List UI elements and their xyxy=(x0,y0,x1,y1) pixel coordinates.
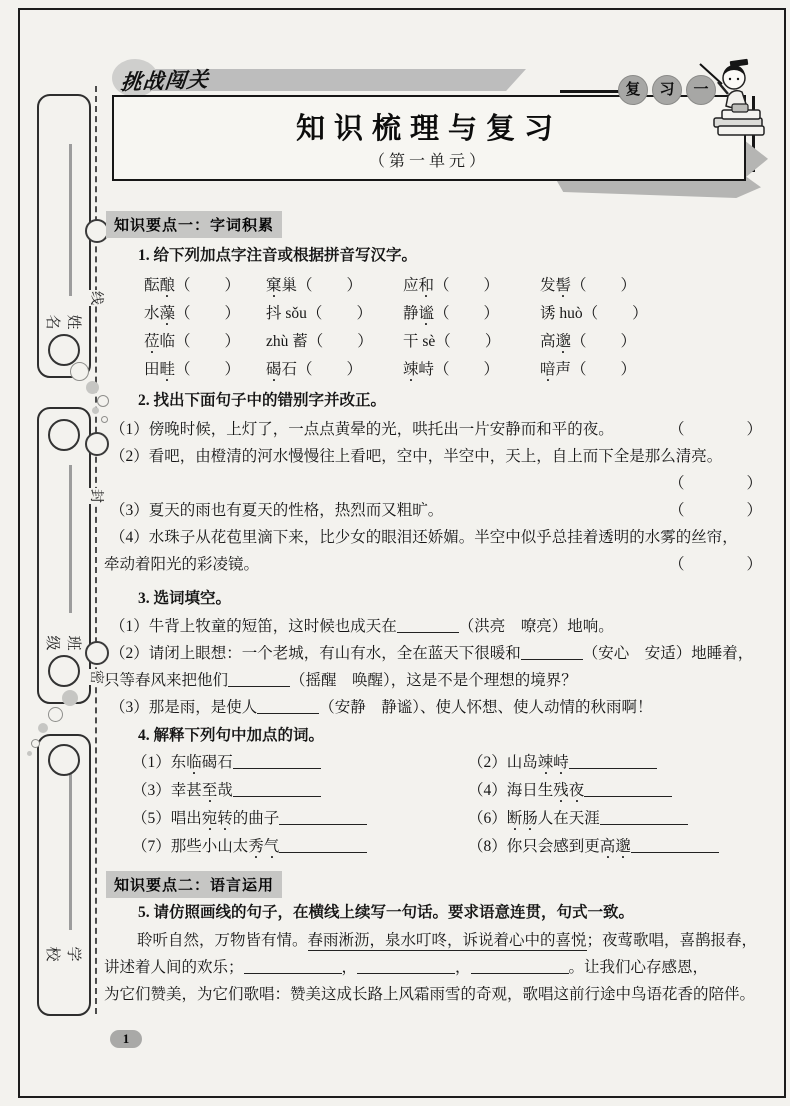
grid-row: 酝酿（）窠巢（）应和（）发髻（） xyxy=(144,272,790,300)
grid-row: （7）那些小山太秀气（8）你只会感到更高邈 xyxy=(132,833,790,861)
dotted-char: 至 xyxy=(202,777,218,805)
q4-stem: 4. 解释下列句中加点的词。 xyxy=(104,723,790,745)
bubble-decoration xyxy=(70,362,89,381)
dotted-char: 峙 xyxy=(553,749,569,777)
bubble-decoration xyxy=(27,751,32,756)
dotted-char: 酿 xyxy=(160,272,176,300)
answer-parens[interactable]: （） xyxy=(434,361,499,378)
answer-parens[interactable]: （） xyxy=(297,361,362,378)
answer-blank[interactable] xyxy=(279,809,367,825)
bubble-decoration xyxy=(92,407,99,414)
exercise-item: 窠巢（） xyxy=(266,272,403,300)
dotted-char: 碣 xyxy=(266,356,282,384)
exercise-text: （2）请闭上眼想：一个老城，有山有水，全在蓝天下很暖和 xyxy=(110,645,521,662)
answer-blank[interactable] xyxy=(279,837,367,853)
exercise-item: 高邈（） xyxy=(540,328,760,356)
exercise-line: 牵动着阳光的彩凌镜。（） xyxy=(104,551,764,578)
margin-fill-box-学校: 学校 xyxy=(37,734,91,1016)
exercise-item: 碣石（） xyxy=(266,356,403,384)
answer-blank[interactable] xyxy=(357,958,455,974)
dotted-char: 高 xyxy=(600,833,616,861)
answer-parens[interactable]: （） xyxy=(669,475,762,492)
page-subtitle: （第一单元） xyxy=(114,148,744,171)
exercise-item: （3）幸甚至哉 xyxy=(132,777,468,805)
exercise-item: 竦峙（） xyxy=(403,356,540,384)
exercise-item: （2）山岛竦峙 xyxy=(468,749,768,777)
answer-parens[interactable]: （） xyxy=(175,361,240,378)
exercise-text: 牵动着阳光的彩凌镜。 xyxy=(104,556,259,573)
bubble-decoration xyxy=(38,723,48,733)
badge-circle: 复 xyxy=(618,75,648,105)
dotted-char: 肠 xyxy=(522,805,538,833)
exercise-item: 应和（） xyxy=(403,272,540,300)
answer-blank[interactable] xyxy=(521,644,583,660)
answer-blank[interactable] xyxy=(569,753,657,769)
exercise-text: （1）傍晚时候，上灯了，一点点黄晕的光，哄托出一片安静而和平的夜。 xyxy=(110,421,614,438)
exercise-line: 聆听自然，万物皆有情。春雨淅沥，泉水叮咚，诉说着心中的喜悦；夜莺歌唱，喜鹊报春， xyxy=(104,927,764,954)
exercise-text: 石 xyxy=(282,361,298,378)
grid-row: （1）东临碣石（2）山岛竦峙 xyxy=(132,749,790,777)
exercise-text: 哉 xyxy=(217,782,233,799)
margin-label: 学校 xyxy=(43,940,85,970)
exercise-text: 讲述着人间的欢乐； xyxy=(104,959,244,976)
exercise-item: 诱 huò（） xyxy=(540,300,760,328)
exercise-item: （4）海日生残夜 xyxy=(468,777,768,805)
exercise-line: （3）那是雨，是使人（安静 静谧）、使人怀想、使人动情的秋雨啊！ xyxy=(104,694,764,721)
answer-parens[interactable]: （） xyxy=(175,333,240,350)
q1-stem: 1. 给下列加点字注音或根据拼音写汉字。 xyxy=(104,243,790,265)
exercise-text: （3）那是雨，是使人 xyxy=(110,699,257,716)
exercise-item: zhù 蓄（） xyxy=(266,328,403,356)
exercise-item: 喑声（） xyxy=(540,356,760,384)
exercise-text: 聆听自然，万物皆有情。 xyxy=(137,932,308,949)
answer-parens[interactable]: （） xyxy=(175,277,240,294)
exercise-text: 人在天涯 xyxy=(538,810,600,827)
exercise-text: （4）水珠子从花苞里滴下来，比少女的眼泪还娇媚。半空中似乎总挂着透明的水雾的丝帘… xyxy=(110,529,738,546)
q3-stem: 3. 选词填空。 xyxy=(104,586,790,608)
q5-lines: 聆听自然，万物皆有情。春雨淅沥，泉水叮咚，诉说着心中的喜悦；夜莺歌唱，喜鹊报春，… xyxy=(104,927,764,1008)
exercise-line: （1）牛背上牧童的短笛，这时候也成天在（洪亮 嘹亮）地响。 xyxy=(104,613,764,640)
answer-blank[interactable] xyxy=(233,781,321,797)
exercise-item: 抖 sǒu（） xyxy=(266,300,403,328)
bubble-decoration xyxy=(31,739,40,748)
exercise-text: （1）东 xyxy=(132,754,186,771)
page-border-top xyxy=(18,8,786,10)
dotted-char: 转 xyxy=(217,805,233,833)
answer-parens[interactable]: （） xyxy=(571,361,636,378)
exercise-item: 田畦（） xyxy=(144,356,266,384)
answer-parens[interactable]: （） xyxy=(669,556,762,573)
answer-parens[interactable]: （） xyxy=(297,277,362,294)
exercise-item: 莅临（） xyxy=(144,328,266,356)
answer-parens[interactable]: （） xyxy=(435,333,500,350)
exercise-text: （洪亮 嘹亮）地响。 xyxy=(459,618,614,635)
exercise-line: 只等春风来把他们（摇醒 唤醒），这是不是个理想的境界？ xyxy=(104,667,764,694)
dotted-char: 髻 xyxy=(556,272,572,300)
exercise-text: 的曲子 xyxy=(233,810,280,827)
exercise-text: （7）那些小山太 xyxy=(132,838,248,855)
dotted-char: 竦 xyxy=(538,749,554,777)
answer-parens[interactable]: （） xyxy=(307,305,372,322)
exercise-item: 酝酿（） xyxy=(144,272,266,300)
hole-punch-circle xyxy=(48,655,80,687)
answer-blank[interactable] xyxy=(631,837,719,853)
exercise-text: （3）夏天的雨也有夏天的性格，热烈而又粗旷。 xyxy=(110,502,443,519)
answer-parens[interactable]: （） xyxy=(434,277,499,294)
hole-punch-circle xyxy=(48,334,80,366)
exercise-text: 只等春风来把他们 xyxy=(104,672,228,689)
grid-row: （3）幸甚至哉（4）海日生残夜 xyxy=(132,777,790,805)
exercise-text: 水 xyxy=(144,305,160,322)
exercise-item: （5）唱出宛转的曲子 xyxy=(132,805,468,833)
answer-blank[interactable] xyxy=(257,698,319,714)
bubble-decoration xyxy=(62,690,78,706)
exercise-item: 静谧（） xyxy=(403,300,540,328)
exercise-text: 酝 xyxy=(144,277,160,294)
section-heading-1: 知识要点一：字词积累 xyxy=(106,211,282,238)
worksheet-page: 姓名班级学校 线封密 挑战闯关 知识梳理与复习 （第一单元） 复习一 知识要点一… xyxy=(0,0,790,1106)
exercise-text: 声 xyxy=(556,361,572,378)
dotted-char: 畦 xyxy=(160,356,176,384)
exercise-text: 应 xyxy=(403,277,419,294)
exercise-text: （3）幸甚 xyxy=(132,782,202,799)
exercise-text: （6） xyxy=(468,810,507,827)
section-heading-2: 知识要点二：语言运用 xyxy=(106,871,282,898)
answer-blank[interactable] xyxy=(584,781,672,797)
q4-definition-grid: （1）东临碣石（2）山岛竦峙（3）幸甚至哉（4）海日生残夜（5）唱出宛转的曲子（… xyxy=(104,749,790,861)
page-border-right xyxy=(784,8,786,1098)
exercise-text: 静 xyxy=(403,305,419,322)
dotted-char: 夜 xyxy=(569,777,585,805)
dotted-char: 断 xyxy=(507,805,523,833)
exercise-text: 为它们赞美，为它们歌唱：赞美这成长路上风霜雨雪的奇观，歌唱这前行途中鸟语花香的陪… xyxy=(104,986,755,1003)
exercise-line: 讲述着人间的欢乐；，，。让我们心存感恩， xyxy=(104,954,764,981)
brand-logo: 挑战闯关 xyxy=(119,63,211,96)
exercise-text: （2）山岛 xyxy=(468,754,538,771)
right-aligned-answer: （） xyxy=(669,470,762,497)
answer-parens[interactable]: （） xyxy=(308,333,373,350)
answer-blank[interactable] xyxy=(471,958,569,974)
bubble-decoration xyxy=(48,707,63,722)
margin-fill-box-班级: 班级 xyxy=(37,407,91,704)
dotted-char: 残 xyxy=(553,777,569,805)
answer-parens[interactable]: （） xyxy=(669,421,762,438)
answer-blank[interactable] xyxy=(600,809,688,825)
dotted-char: 邈 xyxy=(615,833,631,861)
answer-parens[interactable]: （） xyxy=(583,305,648,322)
grid-row: 莅临（）zhù 蓄（）干 sè（）高邈（） xyxy=(144,328,790,356)
q3-lines: （1）牛背上牧童的短笛，这时候也成天在（洪亮 嘹亮）地响。（2）请闭上眼想：一个… xyxy=(104,613,764,721)
exercise-line: （2）看吧，由橙清的河水慢慢往上看吧，空中，半空中，天上，自上而下全是那么清亮。 xyxy=(104,443,764,470)
dotted-char: 秀 xyxy=(248,833,264,861)
page-border-bottom xyxy=(18,1096,786,1098)
answer-blank[interactable] xyxy=(228,671,290,687)
exercise-text: （1）牛背上牧童的短笛，这时候也成天在 xyxy=(110,618,397,635)
grid-row: 水藻（）抖 sǒu（）静谧（）诱 huò（） xyxy=(144,300,790,328)
dotted-char: 喑 xyxy=(540,356,556,384)
dotted-char: 宛 xyxy=(202,805,218,833)
exercise-item: （6）断肠人在天涯 xyxy=(468,805,768,833)
page-border-left xyxy=(18,8,20,1098)
model-sentence-underlined: 春雨淅沥，泉水叮咚，诉说着心中的喜悦 xyxy=(308,932,587,951)
exercise-text: 发 xyxy=(540,277,556,294)
exercise-text: （摇醒 唤醒），这是不是个理想的境界？ xyxy=(290,672,577,689)
exercise-text: （安静 静谧）、使人怀想、使人动情的秋雨啊！ xyxy=(319,699,652,716)
hole-punch-circle xyxy=(48,419,80,451)
circle-shadow xyxy=(44,740,61,757)
dotted-char: 邈 xyxy=(556,328,572,356)
exercise-text: 峙 xyxy=(419,361,435,378)
exercise-text: （4）海日生 xyxy=(468,782,553,799)
fill-in-writing-line[interactable] xyxy=(69,465,72,613)
q5-stem: 5. 请仿照画线的句子，在横线上续写一句话。要求语意连贯，句式一致。 xyxy=(104,900,790,922)
page-number: 1 xyxy=(110,1030,142,1048)
dotted-char: 藻 xyxy=(160,300,176,328)
exercise-line: （1）傍晚时候，上灯了，一点点黄晕的光，哄托出一片安静而和平的夜。（） xyxy=(104,416,764,443)
title-box: 知识梳理与复习 （第一单元） xyxy=(112,95,746,181)
margin-fill-box-姓名: 姓名 xyxy=(37,94,91,378)
exercise-text: 高 xyxy=(540,333,556,350)
exercise-text: 抖 sǒu xyxy=(266,305,307,322)
exercise-line: （4）水珠子从花苞里滴下来，比少女的眼泪还娇媚。半空中似乎总挂着透明的水雾的丝帘… xyxy=(104,524,764,551)
badge-circle: 习 xyxy=(652,75,682,105)
exercise-text: 诱 huò xyxy=(540,305,583,322)
q2-stem: 2. 找出下面句子中的错别字并改正。 xyxy=(104,388,790,410)
page-title: 知识梳理与复习 xyxy=(114,106,744,147)
exercise-text: （安心 安适）地睡着， xyxy=(583,645,754,662)
exercise-item: （7）那些小山太秀气 xyxy=(132,833,468,861)
q1-pinyin-grid: 酝酿（）窠巢（）应和（）发髻（）水藻（）抖 sǒu（）静谧（）诱 huò（）莅临… xyxy=(104,272,790,384)
exercise-item: （1）东临碣石 xyxy=(132,749,468,777)
fill-in-writing-line[interactable] xyxy=(69,774,72,930)
exercise-text: ， xyxy=(342,959,358,976)
student-mascot-icon xyxy=(692,52,768,138)
exercise-text: （2）看吧，由橙清的河水慢慢往上看吧，空中，半空中，天上，自上而下全是那么清亮。 xyxy=(110,448,722,465)
connector-line-h xyxy=(560,90,622,93)
answer-blank[interactable] xyxy=(397,617,459,633)
dotted-char: 莅 xyxy=(144,328,160,356)
circle-shadow xyxy=(44,415,61,432)
dotted-char: 竦 xyxy=(403,356,419,384)
exercise-text: 碣石 xyxy=(202,754,233,771)
exercise-line: （3）夏天的雨也有夏天的性格，热烈而又粗旷。（） xyxy=(104,497,764,524)
exercise-item: 发髻（） xyxy=(540,272,760,300)
answer-blank[interactable] xyxy=(244,958,342,974)
dotted-char: 和 xyxy=(419,272,435,300)
grid-row: 田畦（）碣石（）竦峙（）喑声（） xyxy=(144,356,790,384)
exercise-text: 田 xyxy=(144,361,160,378)
dotted-char: 气 xyxy=(264,833,280,861)
exercise-text: 临 xyxy=(160,333,176,350)
exercise-text: zhù 蓄 xyxy=(266,333,308,350)
bubble-decoration xyxy=(86,381,99,394)
answer-parens[interactable]: （） xyxy=(669,502,762,519)
answer-parens[interactable]: （） xyxy=(434,305,499,322)
right-aligned-answer: （） xyxy=(669,416,762,443)
exercise-line: （） xyxy=(104,470,764,497)
dotted-char: 谧 xyxy=(419,300,435,328)
answer-parens[interactable]: （） xyxy=(571,333,636,350)
answer-parens[interactable]: （） xyxy=(571,277,636,294)
answer-parens[interactable]: （） xyxy=(175,305,240,322)
fill-in-writing-line[interactable] xyxy=(69,144,72,296)
right-aligned-answer: （） xyxy=(669,551,762,578)
dotted-char: 窠 xyxy=(266,272,282,300)
exercise-text: （8）你只会感到更 xyxy=(468,838,600,855)
answer-blank[interactable] xyxy=(233,753,321,769)
exercise-text: 巢 xyxy=(282,277,298,294)
exercise-text: （5）唱出 xyxy=(132,810,202,827)
exercise-item: 水藻（） xyxy=(144,300,266,328)
exercise-line: 为它们赞美，为它们歌唱：赞美这成长路上风霜雨雪的奇观，歌唱这前行途中鸟语花香的陪… xyxy=(104,981,764,1008)
dotted-char: 临 xyxy=(186,749,202,777)
exercise-text: ；夜莺歌唱，喜鹊报春， xyxy=(587,932,758,949)
q2-lines: （1）傍晚时候，上灯了，一点点黄晕的光，哄托出一片安静而和平的夜。（）（2）看吧… xyxy=(104,416,764,578)
right-aligned-answer: （） xyxy=(669,497,762,524)
titlebox-corner-fold xyxy=(744,140,768,182)
grid-row: （5）唱出宛转的曲子（6）断肠人在天涯 xyxy=(132,805,790,833)
exercise-text: 干 sè xyxy=(403,333,435,350)
exercise-text: ， xyxy=(455,959,471,976)
exercise-text: 。让我们心存感恩， xyxy=(569,959,709,976)
hole-punch-circle xyxy=(48,744,80,776)
exercise-line: （2）请闭上眼想：一个老城，有山有水，全在蓝天下很暖和（安心 安适）地睡着， xyxy=(104,640,764,667)
